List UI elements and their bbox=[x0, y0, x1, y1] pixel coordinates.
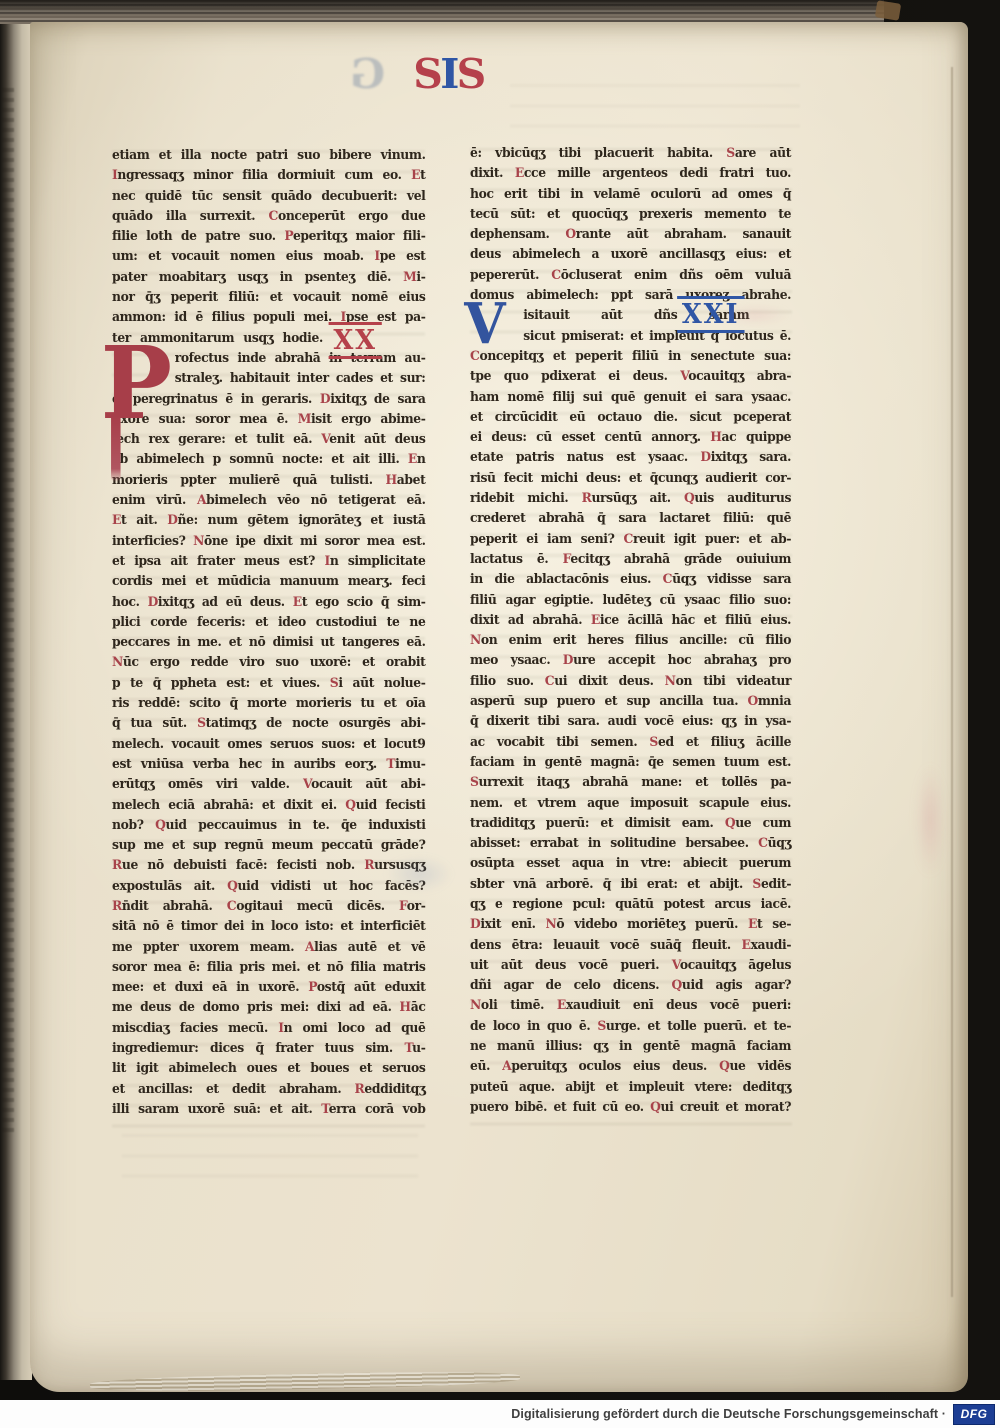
text-line: est vniūsa verba hec in auribs eorʒ. Tim… bbox=[112, 755, 426, 775]
text-line: tpe quo pdixerat ei deus. Vocauitqʒ abra… bbox=[470, 367, 791, 387]
running-title: G S I S bbox=[352, 50, 484, 102]
text-line: melech. vocauit omes seruos suos: et loc… bbox=[112, 735, 426, 755]
text-line: ris reddē: scito q̄ morte morieris tu et… bbox=[112, 694, 426, 714]
text-line: p te q̄ ppheta est: et viues. Si aūt nol… bbox=[112, 674, 426, 694]
credit-text: Digitalisierung gefördert durch die Deut… bbox=[511, 1407, 946, 1421]
text-line: Rue nō debuisti facē: fecisti nob. Rursu… bbox=[112, 856, 426, 876]
text-line: filio suo. Cui dixit deus. Non tibi vide… bbox=[470, 672, 791, 692]
text-line: osūpta esset aqua in vtre: abiecit pueru… bbox=[470, 854, 791, 874]
text-line: etate patris natus est ysaac. Dixitqʒ sa… bbox=[470, 448, 791, 468]
text-line: crederet abrahā q̄ sara lactaret filiū: … bbox=[470, 509, 791, 529]
chapter-number-xx: XX bbox=[329, 322, 382, 359]
book-photograph: G S I S XX P etiam et illa nocte patri s… bbox=[0, 0, 1000, 1400]
text-line: nor q̄ʒ peperit filiū: et vocauit nomē e… bbox=[112, 288, 426, 308]
binding-corner-fragment bbox=[875, 0, 901, 21]
text-line: de loco in quo ē. Surge. et tolle puerū.… bbox=[470, 1017, 791, 1037]
text-line: peccares in me. et nō dimisi ut tangeres… bbox=[112, 633, 426, 653]
curl-text-marks bbox=[1, 88, 14, 1134]
text-line: ham nomē filij sui quē genuit ei sara ys… bbox=[470, 388, 791, 408]
text-line: faciam in gentē magnā: q̄e semen tuum es… bbox=[470, 753, 791, 773]
text-line: dixit ad abrahā. Eice ācillā hāc et fili… bbox=[470, 611, 791, 631]
text-line: qʒ e regione pcul: quātū potest arcus ia… bbox=[470, 895, 791, 915]
text-line: et ipsa ait frater meus est? In simplici… bbox=[112, 552, 426, 572]
text-line: melech eciā abrahā: et dixit ei. Quid fe… bbox=[112, 796, 426, 816]
text-line: nem. et vtrem aque imposuit scapule eius… bbox=[470, 794, 791, 814]
text-line: dñi agar de celo dicens. Quid agis agar? bbox=[470, 976, 791, 996]
pigment-smudge bbox=[916, 764, 944, 876]
text-line: in die ablactacōnis eius. Cūqʒ vidisse s… bbox=[470, 570, 791, 590]
facing-page-curl bbox=[0, 24, 32, 1380]
text-line: filie loth de patre suo. Peperitqʒ maior… bbox=[112, 227, 426, 247]
text-line: ac vocabit tibi semen. Sed et filiuʒ āci… bbox=[470, 733, 791, 753]
text-line: mee: et duxi eā in uxorē. Postq̄ aūt edu… bbox=[112, 978, 426, 998]
text-line: meo ysaac. Dure accepit hoc abrahaʒ pro bbox=[470, 651, 791, 671]
text-line: Et ait. Dñe: num gētem ignorāteʒ et iust… bbox=[112, 511, 426, 531]
text-column-right: XXI V ē: vbicūqʒ tibi placuerit habita. … bbox=[470, 144, 791, 1126]
initial-letter-p: P bbox=[101, 344, 172, 422]
pigment-smudge bbox=[386, 856, 452, 892]
text-line: Noli timē. Exaudiuit enī deus vocē pueri… bbox=[470, 996, 791, 1016]
text-line: puteū aque. abijt et impleuit vtere: ded… bbox=[470, 1078, 791, 1098]
ink-bleedthrough bbox=[122, 1134, 418, 1190]
text-line: um: et vocauit nomen eius moab. Ipe est bbox=[112, 247, 426, 267]
text-line: me deus de domo pris mei: dixi ad eā. Hā… bbox=[112, 998, 426, 1018]
text-line: et ancillas: et dedit abraham. Reddiditq… bbox=[112, 1080, 426, 1100]
initial-p-stem bbox=[111, 416, 121, 482]
text-line: risū fecit michi deus: et q̄cunqʒ audier… bbox=[470, 469, 791, 489]
text-line: ei deus: cū esset centū annorʒ. Hac quip… bbox=[470, 428, 791, 448]
text-line: sitā nō ē timor dei in loco isto: et int… bbox=[112, 917, 426, 937]
text-line: asperū sup puero et sup ancilla tua. Omn… bbox=[470, 692, 791, 712]
text-line: ingrediemur: dices q̄ frater tuus sim. T… bbox=[112, 1039, 426, 1059]
running-title-letter: S bbox=[413, 50, 441, 98]
initial-letter-v: V bbox=[464, 302, 505, 347]
page-fold-crease bbox=[951, 67, 953, 1297]
running-title-letter: S bbox=[457, 50, 485, 98]
text-line: peperit ei iam seni? Creuit igit puer: e… bbox=[470, 530, 791, 550]
running-title-letter: I bbox=[440, 50, 457, 98]
credit-bar: Digitalisierung gefördert durch die Deut… bbox=[0, 1400, 1000, 1428]
dfg-logo: DFG bbox=[953, 1404, 995, 1425]
text-line: Ingressaqʒ minor filia dormiuit cum eo. … bbox=[112, 166, 426, 186]
text-line: Nūc ergo redde viro suo uxorē: et orabit bbox=[112, 653, 426, 673]
text-line: enim virū. Abimelech vēo nō tetigerat eā… bbox=[112, 491, 426, 511]
text-line: ab abimelech p somnū nocte: et ait illi.… bbox=[112, 450, 426, 470]
text-line: et circūcidit eū octauo die. sicut pcepe… bbox=[470, 408, 791, 428]
text-column-left: XX P etiam et illa nocte patri suo biber… bbox=[112, 146, 426, 1124]
text-line: morieris ppter mulierē quā tulisti. Habe… bbox=[112, 471, 426, 491]
text-line: miscdiaʒ facies mecū. In omi loco ad quē bbox=[112, 1019, 426, 1039]
text-line: pater moabitarʒ usqʒ in psenteʒ diē. Mi- bbox=[112, 268, 426, 288]
pigment-smudge bbox=[720, 306, 790, 324]
text-line: filiū agar egiptie. ludēteʒ cū ysaac fil… bbox=[470, 591, 791, 611]
text-line: tradiditqʒ puerū: et dimisit eam. Que cu… bbox=[470, 814, 791, 834]
text-line: lit igit abimelech oues et boues et seru… bbox=[112, 1059, 426, 1079]
text-line: Dixit enī. Nō videbo moriēteʒ puerū. Et … bbox=[470, 915, 791, 935]
text-line: ridebit michi. Rursūqʒ ait. Quis auditur… bbox=[470, 489, 791, 509]
text-line: me ppter uxorem meam. Alias autē et vē bbox=[112, 938, 426, 958]
text-line: q̄ dixerit tibi sara. audi vocē eius: qʒ… bbox=[470, 712, 791, 732]
text-line: q̄ tua sūt. Statimqʒ de nocte osurgēs ab… bbox=[112, 714, 426, 734]
text-line: ē: vbicūqʒ tibi placuerit habita. Sare a… bbox=[470, 144, 791, 164]
text-line: quādo illa surrexit. Conceperūt ergo due bbox=[112, 207, 426, 227]
text-line: Surrexit itaqʒ abrahā mane: et tollēs pa… bbox=[470, 773, 791, 793]
text-line: ne manū illius: qʒ in gentē magnā faciam bbox=[470, 1037, 791, 1057]
text-line: puero bibē. et fuit cū eo. Qui creuit et… bbox=[470, 1098, 791, 1118]
text-line: dixit. Ecce mille argenteos dedi fratri … bbox=[470, 164, 791, 184]
text-line: plici corde feceris: et ideo custodiui t… bbox=[112, 613, 426, 633]
text-line: lactatus ē. Fecitqʒ abrahā grāde ouiuium bbox=[470, 550, 791, 570]
text-line: nec quidē tūc sensit quādo decubuerit: v… bbox=[112, 187, 426, 207]
text-line: sup me et sup regnū meum peccatū grāde? bbox=[112, 836, 426, 856]
text-line: expostulās ait. Quid vidisti ut hoc facē… bbox=[112, 877, 426, 897]
text-line: cordis mei et mūdicia manuum mearʒ. feci bbox=[112, 572, 426, 592]
text-line: soror mea ē: filia pris mei. et nō filia… bbox=[112, 958, 426, 978]
text-line: hoc. Dixitqʒ ad eū deus. Et ego scio q̄ … bbox=[112, 593, 426, 613]
text-line: tecū sūt: et quocūqʒ prexeris memento te bbox=[470, 205, 791, 225]
text-line: eū. Aperuitqʒ oculos eius deus. Que vidē… bbox=[470, 1057, 791, 1077]
text-line: erūtqʒ omēs viri valde. Vocauit aūt abi- bbox=[112, 775, 426, 795]
text-line: sbter vnā arborē. q̄ ibi erat: et abijt.… bbox=[470, 875, 791, 895]
text-line: pepererūt. Cōcluserat enim dñs oēm vuluā bbox=[470, 266, 791, 286]
text-line: hoc erit tibi in velamē oculorū ad omes … bbox=[470, 185, 791, 205]
text-line: abisset: errabat in solitudine bersabee.… bbox=[470, 834, 791, 854]
text-line: Non enim erit heres filius ancille: cū f… bbox=[470, 631, 791, 651]
text-line: dephensam. Orante aūt abraham. sanauit bbox=[470, 225, 791, 245]
running-title-letter-ghost: G bbox=[352, 50, 385, 98]
text-line: nob? Quid peccauimus in te. q̄e induxist… bbox=[112, 816, 426, 836]
bottom-page-edges bbox=[90, 1370, 520, 1393]
text-line: Rn̄dit abrahā. Cogitaui mecū dicēs. For- bbox=[112, 897, 426, 917]
ink-bleedthrough bbox=[510, 84, 800, 142]
manuscript-page: G S I S XX P etiam et illa nocte patri s… bbox=[30, 22, 968, 1392]
text-line: interficies? Nōne ipe dixit mi soror mea… bbox=[112, 532, 426, 552]
text-line: Concepitqʒ et peperit filiū in senectute… bbox=[470, 347, 791, 367]
text-line: deus abimelech a uxorē ancillasqʒ eius: … bbox=[470, 245, 791, 265]
text-line: illi saram uxorē suā: et ait. Terra corā… bbox=[112, 1100, 426, 1120]
text-line: dens ētra: leuauit vocē suāq̄ fleuit. Ex… bbox=[470, 936, 791, 956]
text-line: etiam et illa nocte patri suo bibere vin… bbox=[112, 146, 426, 166]
text-line: uit aūt deus vocē pueri. Vocauitqʒ āgelu… bbox=[470, 956, 791, 976]
